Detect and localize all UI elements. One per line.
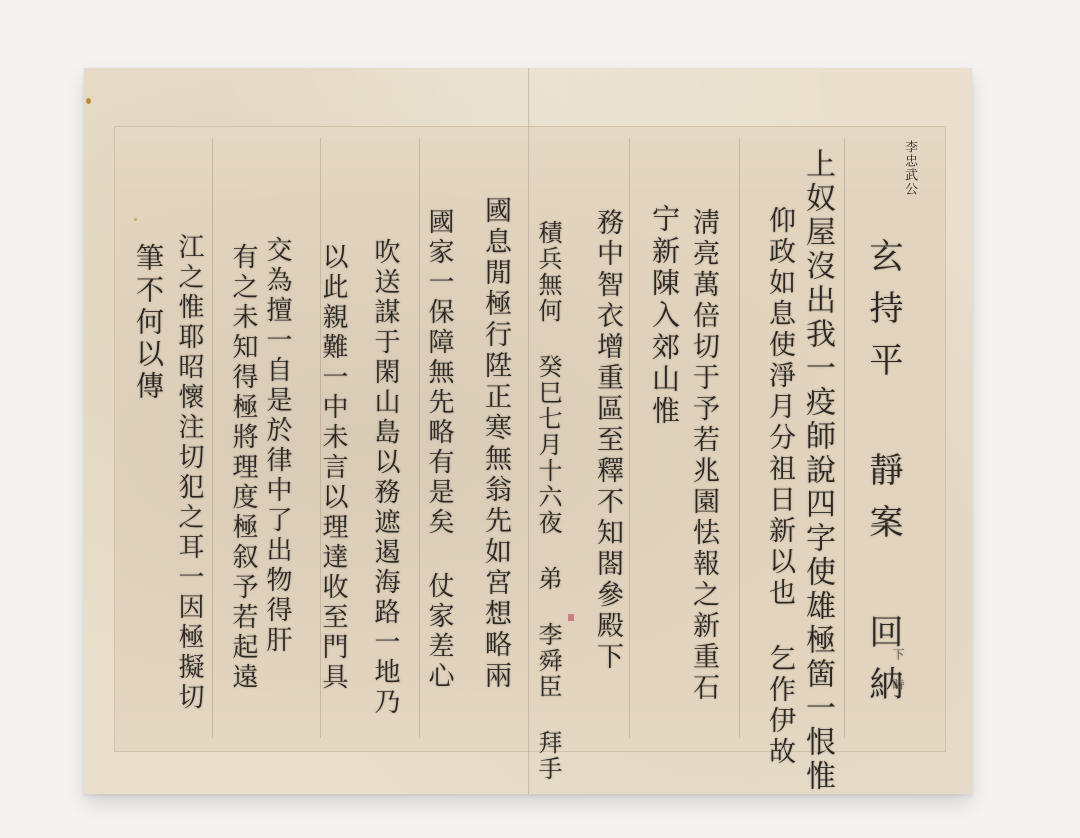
- center-fold-line: [528, 68, 530, 794]
- letter-column-14: 筆不何以傳: [134, 243, 162, 403]
- letter-column-12: 有之未知得極將理度極叙予若起遠: [230, 243, 256, 693]
- letter-column-2: 仰政如息使淨月分祖日新以也 乞作伊故: [766, 206, 793, 768]
- letter-column-4: 宁新陳入郊山惟: [650, 204, 678, 428]
- letter-column-1: 上奴屋沒出我一疫師說四字使雄極箇一恨惟: [802, 148, 832, 794]
- letter-column-3: 淸亮萬倍切于予若兆園怯報之新重石: [690, 208, 717, 704]
- paper-stain: [134, 218, 137, 221]
- collection-label: 李忠武公: [900, 140, 919, 196]
- column-rule: [629, 138, 630, 738]
- letter-column-13: 江之惟耶昭懷注切犯之耳一因極擬切: [176, 233, 202, 713]
- letter-column-7: 國息閒極行陞正寒無翁先如宮想略兩: [482, 196, 509, 692]
- column-rule: [212, 138, 213, 738]
- paper-stain: [86, 98, 91, 104]
- letter-column-6: 積兵無何 癸巳七月十六夜 弟 李舜臣 拜手: [536, 220, 560, 782]
- red-seal-mark: [568, 614, 574, 621]
- document-sheet: 李忠武公 玄持平 靜案 回納 上奴屋沒出我一疫師說四字使雄極箇一恨惟 仰政如息使…: [84, 68, 972, 794]
- letter-column-11: 交為擅一自是於律中了出物得肝: [264, 236, 290, 656]
- letter-column-9: 吹送謀于閑山島以務遮遏海路一地乃: [372, 238, 398, 718]
- column-rule: [419, 138, 420, 738]
- column-rule: [739, 138, 740, 738]
- margin-note: 下 時: [892, 648, 904, 692]
- letter-column-5: 務中智衣增重區至釋不知閤參殿下: [594, 208, 621, 673]
- letter-column-10: 以此親難一中未言以理達收至門具: [320, 243, 346, 693]
- column-rule: [844, 138, 845, 738]
- letter-column-8: 國家一保障無先略有是矣 仗家差心: [426, 208, 452, 692]
- letter-heading: 玄持平 靜案 回納: [866, 238, 900, 718]
